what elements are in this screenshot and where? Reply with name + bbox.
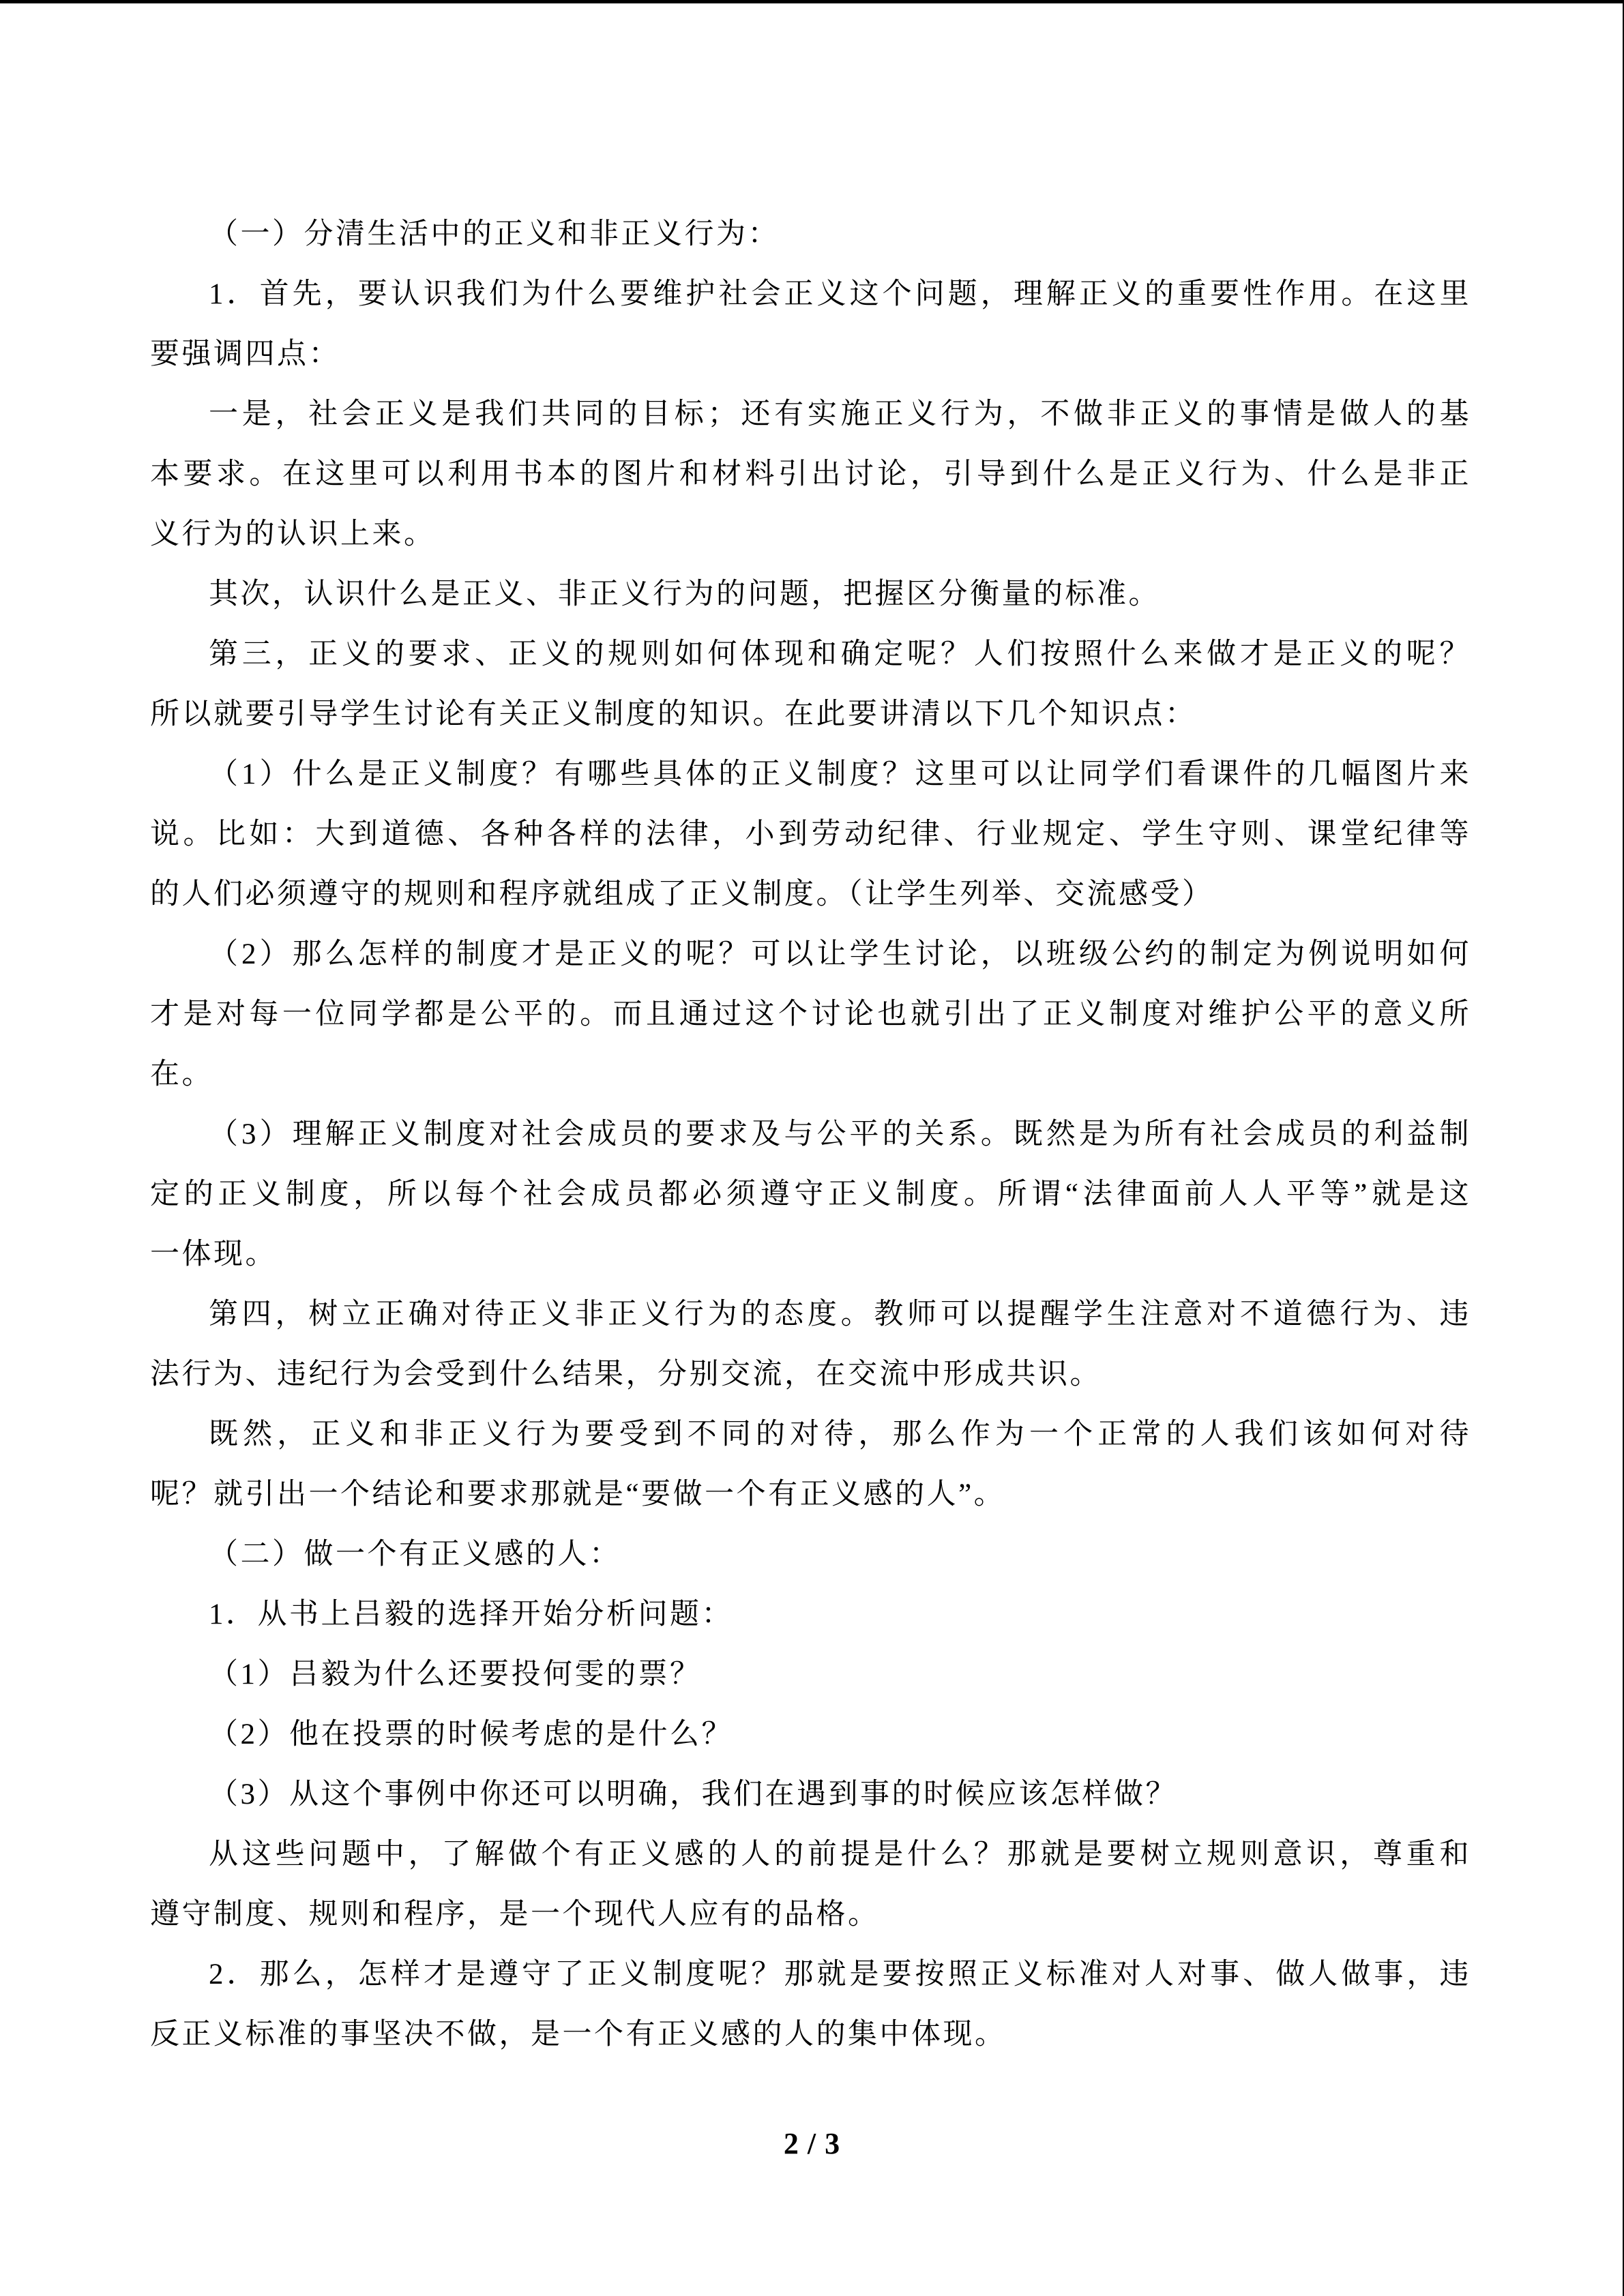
text-line: （3）从这个事例中你还可以明确，我们在遇到事的时候应该怎样做？ xyxy=(150,1765,1471,1825)
text-line: （2）他在投票的时候考虑的是什么？ xyxy=(150,1705,1471,1765)
document-body: （一）分清生活中的正义和非正义行为：1．首先，要认识我们为什么要维护社会正义这个… xyxy=(150,205,1471,2065)
text-line: 呢？就引出一个结论和要求那就是“要做一个有正义感的人”。 xyxy=(150,1465,1471,1525)
text-line: 本要求。在这里可以利用书本的图片和材料引出讨论，引导到什么是正义行为、什么是非正 xyxy=(150,445,1471,505)
text-line: 在。 xyxy=(150,1045,1471,1105)
scan-edge-top xyxy=(0,0,1624,3)
page-number: 2 / 3 xyxy=(0,2126,1624,2162)
text-line: （1）什么是正义制度？有哪些具体的正义制度？这里可以让同学们看课件的几幅图片来 xyxy=(150,745,1471,805)
text-line: （一）分清生活中的正义和非正义行为： xyxy=(150,205,1471,265)
text-line: 一是，社会正义是我们共同的目标；还有实施正义行为，不做非正义的事情是做人的基 xyxy=(150,385,1471,445)
text-line: 其次，认识什么是正义、非正义行为的问题，把握区分衡量的标准。 xyxy=(150,565,1471,625)
text-line: 反正义标准的事坚决不做，是一个有正义感的人的集中体现。 xyxy=(150,2005,1471,2065)
text-line: 定的正义制度，所以每个社会成员都必须遵守正义制度。所谓“法律面前人人平等”就是这 xyxy=(150,1165,1471,1225)
text-line: 的人们必须遵守的规则和程序就组成了正义制度。（让学生列举、交流感受） xyxy=(150,865,1471,925)
text-line: 法行为、违纪行为会受到什么结果，分别交流，在交流中形成共识。 xyxy=(150,1345,1471,1405)
text-line: 说。比如：大到道德、各种各样的法律，小到劳动纪律、行业规定、学生守则、课堂纪律等 xyxy=(150,805,1471,865)
text-line: （2）那么怎样的制度才是正义的呢？可以让学生讨论，以班级公约的制定为例说明如何 xyxy=(150,925,1471,985)
text-line: 从这些问题中，了解做个有正义感的人的前提是什么？那就是要树立规则意识，尊重和 xyxy=(150,1825,1471,1885)
text-line: 2．那么，怎样才是遵守了正义制度呢？那就是要按照正义标准对人对事、做人做事，违 xyxy=(150,1945,1471,2005)
text-line: 1．从书上吕毅的选择开始分析问题： xyxy=(150,1585,1471,1645)
document-page: （一）分清生活中的正义和非正义行为：1．首先，要认识我们为什么要维护社会正义这个… xyxy=(0,0,1624,2296)
text-line: 要强调四点： xyxy=(150,325,1471,385)
text-line: 义行为的认识上来。 xyxy=(150,505,1471,565)
text-line: 第四，树立正确对待正义非正义行为的态度。教师可以提醒学生注意对不道德行为、违 xyxy=(150,1285,1471,1345)
text-line: （二）做一个有正义感的人： xyxy=(150,1525,1471,1585)
text-line: 1．首先，要认识我们为什么要维护社会正义这个问题，理解正义的重要性作用。在这里 xyxy=(150,265,1471,325)
text-line: 所以就要引导学生讨论有关正义制度的知识。在此要讲清以下几个知识点： xyxy=(150,685,1471,745)
text-line: 既然，正义和非正义行为要受到不同的对待，那么作为一个正常的人我们该如何对待 xyxy=(150,1405,1471,1465)
text-line: 才是对每一位同学都是公平的。而且通过这个讨论也就引出了正义制度对维护公平的意义所 xyxy=(150,985,1471,1045)
text-line: 一体现。 xyxy=(150,1225,1471,1285)
text-line: 遵守制度、规则和程序，是一个现代人应有的品格。 xyxy=(150,1885,1471,1945)
text-line: （1）吕毅为什么还要投何雯的票？ xyxy=(150,1645,1471,1705)
text-line: 第三，正义的要求、正义的规则如何体现和确定呢？人们按照什么来做才是正义的呢？ xyxy=(150,625,1471,685)
text-line: （3）理解正义制度对社会成员的要求及与公平的关系。既然是为所有社会成员的利益制 xyxy=(150,1105,1471,1165)
